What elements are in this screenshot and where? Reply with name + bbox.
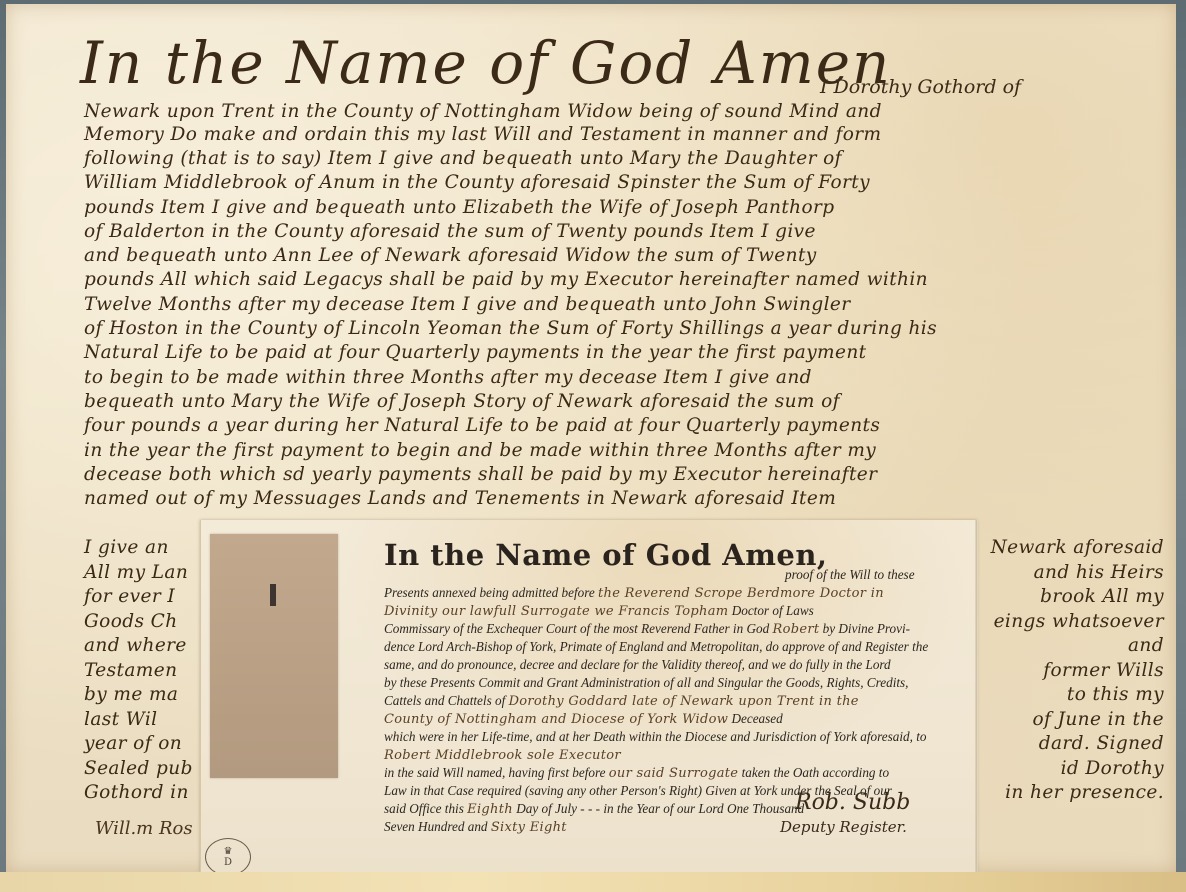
will-line-fragment: Goods Ch — [84, 610, 178, 634]
will-line: named out of my Messuages Lands and Tene… — [84, 487, 836, 511]
printed-text: Presents annexed being admitted before — [384, 585, 595, 600]
probate-line: County of Nottingham and Diocese of York… — [384, 710, 783, 729]
printed-text: Deceased — [731, 711, 782, 726]
will-line-fragment: for ever I — [84, 585, 175, 609]
witness-signature: Will.m Ros — [95, 818, 193, 839]
probate-line: dence Lord Arch-Bishop of York, Primate … — [384, 638, 928, 657]
crown-icon: ♛ — [224, 846, 233, 857]
will-line: Twelve Months after my decease Item I gi… — [84, 293, 851, 317]
printed-text: Cattels and Chattels of — [384, 693, 505, 708]
probate-line: same, and do pronounce, decree and decla… — [384, 656, 891, 675]
printed-text: which were in her Life-time, and at her … — [384, 729, 926, 744]
will-line-fragment: former Wills — [1043, 659, 1164, 683]
will-line: Natural Life to be paid at four Quarterl… — [84, 341, 867, 365]
will-line-fragment: dard. Signed — [1039, 732, 1164, 756]
will-line: pounds All which said Legacys shall be p… — [84, 268, 928, 292]
manuscript-insertion: Sixty Eight — [491, 820, 567, 835]
will-line-fragment: All my Lan — [84, 561, 188, 585]
manuscript-insertion: Dorothy Goddard late of Newark upon Tren… — [509, 694, 859, 709]
will-line: decease both which sd yearly payments sh… — [84, 463, 877, 487]
will-line: four pounds a year during her Natural Li… — [84, 414, 880, 438]
printed-text: Commissary of the Exchequer Court of the… — [384, 621, 769, 636]
will-line-fragment: by me ma — [84, 683, 178, 707]
will-line: William Middlebrook of Anum in the Count… — [84, 171, 870, 195]
printed-text: Day of July - - - in the Year of our Lor… — [516, 801, 804, 816]
seal-tab-mark — [270, 584, 276, 606]
will-line: Memory Do make and ordain this my last W… — [84, 123, 881, 147]
will-line-fragment: and where — [84, 634, 187, 658]
will-line: following (that is to say) Item I give a… — [84, 147, 842, 171]
will-line-fragment: brook All my — [1040, 585, 1164, 609]
manuscript-insertion: Robert — [772, 622, 819, 637]
printed-text: in the said Will named, having first bef… — [384, 765, 605, 780]
fold-crease — [975, 520, 978, 872]
crown-stamp-icon: ♛ D — [205, 838, 251, 876]
printed-text: said Office this — [384, 801, 464, 816]
will-line-fragment: Newark aforesaid — [991, 536, 1164, 560]
manuscript-insertion: County of Nottingham and Diocese of York… — [384, 712, 728, 727]
manuscript-insertion: Divinity our lawfull Surrogate we Franci… — [384, 604, 728, 619]
manuscript-insertion: Eighth — [467, 802, 513, 817]
probate-line: Seven Hundred and Sixty Eight — [384, 818, 567, 837]
probate-line: Presents annexed being admitted before t… — [384, 584, 884, 603]
will-line-fragment: I give an — [84, 536, 169, 560]
probate-line: Commissary of the Exchequer Court of the… — [384, 620, 910, 639]
will-line: of Balderton in the County aforesaid the… — [84, 220, 816, 244]
manuscript-insertion: Robert Middlebrook sole Executor — [384, 748, 621, 763]
will-line-fragment: eings whatsoever — [994, 610, 1164, 634]
probate-line: Divinity our lawfull Surrogate we Franci… — [384, 602, 814, 621]
will-line: of Hoston in the County of Lincoln Yeoma… — [84, 317, 937, 341]
printed-text: by these Presents Commit and Grant Admin… — [384, 675, 908, 690]
will-testator-opening: I Dorothy Gothord of — [820, 76, 1021, 98]
seal-tab — [210, 534, 338, 778]
will-line-fragment: Sealed pub — [84, 757, 193, 781]
will-line: pounds Item I give and bequeath unto Eli… — [84, 196, 835, 220]
probate-line: proof of the Will to these — [785, 566, 915, 585]
probate-line: which were in her Life-time, and at her … — [384, 728, 926, 747]
will-line-fragment: in her presence. — [1005, 781, 1164, 805]
will-line-fragment: id Dorothy — [1061, 757, 1164, 781]
stamp-letter: D — [224, 857, 232, 868]
mount-strip — [0, 872, 1186, 892]
will-line: in the year the first payment to begin a… — [84, 439, 876, 463]
probate-line: Robert Middlebrook sole Executor — [384, 746, 621, 765]
will-line: Newark upon Trent in the County of Notti… — [84, 100, 882, 124]
will-line-fragment: of June in the — [1032, 708, 1164, 732]
will-line-fragment: Testamen — [84, 659, 177, 683]
probate-line: in the said Will named, having first bef… — [384, 764, 889, 783]
will-line-fragment: year of on — [84, 732, 182, 756]
will-line: to begin to be made within three Months … — [84, 366, 812, 390]
will-line-fragment: last Wil — [84, 708, 157, 732]
printed-text: dence Lord Arch-Bishop of York, Primate … — [384, 639, 928, 654]
will-line: and bequeath unto Ann Lee of Newark afor… — [84, 244, 817, 268]
probate-line: by these Presents Commit and Grant Admin… — [384, 674, 908, 693]
registrar-signature: Rob. Subb — [795, 790, 910, 815]
will-line-fragment: and his Heirs — [1034, 561, 1164, 585]
manuscript-insertion: the Reverend Scrope Berdmore Doctor in — [598, 586, 884, 601]
printed-text: same, and do pronounce, decree and decla… — [384, 657, 891, 672]
will-line-fragment: Gothord in — [84, 781, 189, 805]
probate-line: Cattels and Chattels of Dorothy Goddard … — [384, 692, 859, 711]
will-line-fragment: and — [1128, 634, 1164, 658]
probate-title: In the Name of God Amen, — [384, 538, 828, 572]
printed-text: Seven Hundred and — [384, 819, 488, 834]
probate-line: said Office this Eighth Day of July - - … — [384, 800, 804, 819]
manuscript-insertion: our said Surrogate — [609, 766, 739, 781]
will-line-fragment: to this my — [1067, 683, 1164, 707]
printed-text: Doctor of Laws — [732, 603, 814, 618]
registrar-title: Deputy Register. — [780, 818, 907, 836]
will-line: bequeath unto Mary the Wife of Joseph St… — [84, 390, 840, 414]
printed-text: by Divine Provi- — [823, 621, 910, 636]
printed-text: proof of the Will to these — [785, 567, 915, 582]
will-title: In the Name of God Amen — [80, 28, 891, 98]
printed-text: taken the Oath according to — [742, 765, 889, 780]
